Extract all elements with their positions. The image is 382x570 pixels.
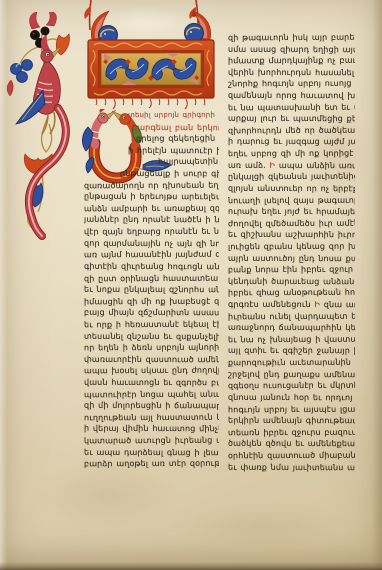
text-run: նուաղի լսելով զայս թագաւորն — [228, 195, 355, 205]
text-run: պատուիրէր նոցա պահել անարատս — [84, 389, 219, 399]
text-run: արքայ լուր եւ պատմեցից քեզ — [228, 114, 355, 123]
text-run: եւ նոքա ընկալեալ զշնորհս անձին — [84, 285, 219, 294]
manuscript-page: տեսիլ սրբոյն գրիգորիկարգեալ բան երկուգրե… — [0, 0, 382, 570]
text-run: բայց միայն զճշմարիտն ասասցեն — [84, 308, 219, 317]
text-run: իւրեանս ունել վարդապետ եւ — [228, 311, 355, 321]
text-run: կատարած աւուրցն իւրեանց ամէն — [84, 436, 219, 446]
text-run: գիտէին զիւրեանց հոգւոցն անտի — [84, 262, 219, 271]
rubric-text-run: տեսիլ սրբոյն գրիգորի — [128, 111, 215, 119]
text-run: եւ նա ոչ խնայեաց ի վաստակս — [228, 335, 355, 345]
text-line: ընթացան ի երեւոյթս արեւելեայց — [84, 191, 219, 203]
text-run: զնա առ — [320, 300, 355, 309]
text-line: կենդանի ծարաւեաց անձանց եւ — [228, 276, 355, 288]
text-line: առ այնմ հասանէին յայնժամ զնա — [84, 249, 219, 261]
text-line: ընթացեալք ի սուրբ գիրս — [84, 168, 219, 180]
text-line: շնորհք հոգւոյն սրբոյ ուսոյց — [228, 78, 355, 90]
text-line: ապա խօսել սկսաւ ընդ ժողովրդին — [84, 365, 219, 377]
text-line: այլ զտիւ եւ զգիշեր ջանայր ի — [228, 345, 355, 357]
text-run: լուիցեն զբանս կենաց զոր խօսի — [228, 242, 355, 252]
text-line: այրն աստուծոյ ընդ նոսա քանզի — [228, 252, 355, 264]
text-run: այրն աստուծոյ ընդ նոսա քանզի — [228, 253, 355, 262]
text-run: զի ըստ օրինացն հաստատեալ կայր — [84, 273, 219, 283]
text-line: զառածարողն որ դխոսեան եղբարցն — [84, 179, 219, 191]
text-run: բարձր աղօթել առ տէր զօրութեանց — [84, 459, 219, 469]
text-line: օրհնէին զաստուած միաբան ամէն — [228, 450, 355, 462]
text-run: առաջնորդ ճանապարհին կենաց — [228, 323, 355, 332]
text-line: տեսանել զնշանս եւ զսքանչելիս — [84, 330, 219, 342]
text-run: կենդանի ծարաւեաց անձանց եւ — [228, 277, 355, 286]
text-line: զամենայն որոց հաւատով խնդրեն — [228, 90, 355, 102]
corner-finial-right — [185, 11, 211, 43]
text-line: կատարած աւուրցն իւրեանց ամէն — [84, 435, 219, 447]
text-line: բարձր աղօթել առ տէր զօրութեանց — [84, 458, 219, 470]
text-run: առ այնմ հասանէին յայնժամ զնա — [84, 250, 219, 260]
text-line: վասն հաւատոցն եւ զգործս բարիս — [84, 377, 219, 389]
text-line: որ եղեն ի ձեռն սրբոյն այնորիկ — [84, 342, 219, 354]
text-run: գրելոց զեկեղեցին — [136, 134, 215, 143]
text-run: եւ նա պատասխանի ետ եւ ասէ ով — [228, 102, 355, 112]
text-run: հայրապետին — [158, 157, 218, 166]
text-run: ի հրելէյն պատուէր ի — [128, 146, 219, 155]
text-run: օրհնէին զաստուած միաբան ամէն — [228, 451, 355, 461]
text-run: այլ զտիւ եւ զգիշեր ջանայր ի — [228, 346, 355, 355]
text-line: եղեւ սրբոց զի մի ոք կորիցէ — [228, 148, 355, 160]
text-run: զգեօղս ուսուցանէր եւ մկրտէր — [228, 381, 355, 391]
flower-cluster-left — [7, 60, 32, 97]
tulip-flower — [56, 34, 69, 55]
text-run: զի մի մոլորեսցին ի ճանապարհէն — [84, 401, 219, 410]
text-line: առաջնորդ ճանապարհին կենաց — [228, 322, 355, 334]
text-run: զառածարողն որ դխոսեան եղբարցն — [84, 180, 219, 190]
text-run: իմաստք մարդկայինք ոչ բաւեն ի — [228, 56, 355, 66]
text-line: եւ փառք նմա յաւիտեանս ամէն։ — [228, 461, 355, 473]
text-line: ժողովել զմեծամեծս իւր ամէն — [228, 217, 355, 229]
text-line: եւ զիշխանս աշխարհին իւրոյ զի — [228, 229, 355, 241]
text-run: ապա խօսել սկսաւ ընդ ժողովրդին — [84, 366, 219, 376]
text-run: զամենայն որոց հաւատով խնդրեն — [228, 91, 355, 100]
text-line: իմաստք մարդկայինք ոչ բաւեն ի — [228, 55, 355, 67]
text-column-right: զի թագաւորն իսկ այր բարեպաշտսմա ասաց զիա… — [228, 32, 355, 476]
page-edge-left — [0, 0, 7, 570]
text-run: ժողովել զմեծամեծս իւր ամէն — [228, 218, 355, 228]
text-run: ապա անձին առաջէ ի — [275, 161, 355, 170]
text-run: ընկալցի զկեանսն յաւիտենից եւ — [228, 172, 355, 182]
text-line: առ ամձ. Ի ապա անձին առաջէ ի — [228, 160, 355, 172]
text-line: իմասցին զի մի ոք խաբեսցէ զնոսա — [84, 295, 219, 307]
text-run: զոր զարմանային ոչ այն զի նոքա — [84, 238, 219, 247]
text-run: վասն հաւատոցն եւ զգործս բարիս — [84, 378, 219, 387]
text-line: շրջելով ընդ քաղաքս ամենայն — [228, 368, 355, 380]
text-run: յանձնէր ընդ որանէ նածէն ի նորա — [84, 215, 219, 224]
text-run: ուղղութեան այլ հաստատուն կացցեն — [84, 412, 219, 422]
text-line: գրելոց զեկեղեցին — [84, 133, 219, 145]
text-run: ընթացան ի երեւոյթս արեւելեայց — [84, 192, 219, 201]
text-line: ի վերայ վիմին հաւատոց մինչեւ ի — [84, 423, 219, 435]
text-line: զի թագաւորն իսկ այր բարեպաշտ — [228, 32, 355, 44]
text-line: ընկալցի զկեանսն յաւիտենից եւ — [228, 171, 355, 183]
text-run: փառաւորէին զաստուած ամենեքին — [84, 355, 219, 364]
text-line: զլոյսն անստուեր որ ոչ երբէք — [228, 183, 355, 195]
text-run: բանք նորա էին իբրեւ զջուր — [228, 265, 353, 275]
text-run: զլոյսն անստուեր որ ոչ երբէք — [228, 184, 355, 193]
text-line: քարոզութիւն աւետարանին սրբոյ — [228, 357, 355, 369]
text-run: գրգռէս ամենեցուն — [228, 300, 314, 309]
text-line: եւ ապա դարձեալ գնաց ի լեառնն ի — [84, 446, 219, 458]
text-line: ծածկեն զծովս եւ ամենեքեան — [228, 438, 355, 450]
text-line: գիտէին զիւրեանց հոգւոցն անտի — [84, 261, 219, 273]
page-edge-bottom — [0, 562, 382, 570]
text-run: եղեւ սրբոց զի մի ոք կորիցէ — [228, 149, 354, 159]
text-line: զի մի մոլորեսցին ի ճանապարհէն — [84, 400, 219, 412]
text-line: լուիցեն զբանս կենաց զոր խօսի — [228, 241, 355, 253]
text-run: ի դարուց եւ յազգաց այժմ յայտ — [228, 137, 355, 146]
text-run: իմասցին զի մի ոք խաբեսցէ զնոսա — [84, 296, 219, 306]
text-line: գրգռէս ամենեցուն Ի զնա առ — [228, 299, 355, 311]
text-line: պատուիրէր նոցա պահել անարատս — [84, 388, 219, 400]
bird-figure — [16, 35, 62, 134]
text-run: վերին խորհուրդսն հասանել այլ — [228, 68, 355, 77]
headpiece-fringe — [96, 99, 205, 109]
text-line: զոր զարմանային ոչ այն զի նոքա — [84, 237, 219, 249]
text-run: զնոսա յանուն հօր եւ որդւոյ — [228, 393, 353, 402]
text-line: յանձնէր ընդ որանէ նածէն ի նորա — [84, 214, 219, 226]
text-line: հոգւոյն սրբոյ եւ այսպէս լցաւ — [228, 403, 355, 415]
page-edge-right — [372, 0, 382, 570]
text-run: հոգւոյն սրբոյ եւ այսպէս լցաւ — [228, 404, 355, 414]
text-line: սմա ասաց զիարդ եղիցի այս զի — [228, 43, 355, 55]
text-line: եւ նա պատասխանի ետ եւ ասէ ով — [228, 101, 355, 113]
text-line: բայց միայն զճշմարիտն ասասցեն — [84, 307, 219, 319]
text-line: նուաղի լսելով զայս թագաւորն — [228, 194, 355, 206]
text-run: եւ ապա դարձեալ գնաց ի լեառնն ի — [84, 447, 219, 457]
text-line: տեսիլ սրբոյն գրիգորի — [84, 110, 219, 122]
text-run: շրջելով ընդ քաղաքս ամենայն — [228, 369, 355, 378]
text-line: եւ նոքա ընկալեալ զշնորհս անձին — [84, 284, 219, 296]
text-line: վէր զայն եղբարց որանէն եւ նոցա — [84, 226, 219, 238]
text-line: ուրախ եղեւ յոյժ եւ հրամայեաց — [228, 206, 355, 218]
text-line: բանք նորա էին իբրեւ զջուր — [228, 264, 355, 276]
text-line: տեառն իբրեւ զջուրս բազումս — [228, 426, 355, 438]
text-run: որ եղեն ի ձեռն սրբոյն այնորիկ — [84, 343, 219, 353]
text-run: եւ փառք նմա յաւիտեանս ամէն։ — [228, 462, 355, 471]
text-run: անձն ամբարի եւ առաքեալ զգելքն — [84, 203, 219, 213]
rubric-text-run: կարգեալ բան երկու — [132, 123, 219, 132]
headpiece-ornament — [82, 0, 220, 112]
text-run: սմա ասաց զիարդ եղիցի այս զի — [228, 44, 355, 53]
text-run: իբրեւ զհաց անօթութեան հոգւոց — [228, 288, 355, 298]
text-line: արքայ լուր եւ պատմեցից քեզ — [228, 113, 355, 125]
text-run: եւ որք ի հեռաստանէ եկեալ էին — [84, 320, 219, 330]
text-run: տեսանել զնշանս եւ զսքանչելիս — [84, 331, 219, 340]
text-run: առ ամձ. — [228, 161, 270, 170]
text-line: կարգեալ բան երկու — [84, 121, 219, 133]
text-line: եւ որք ի հեռաստանէ եկեալ էին — [84, 319, 219, 331]
text-run: շնորհք հոգւոյն սրբոյ ուսոյց — [228, 79, 352, 89]
text-run: ծածկեն զծովս եւ ամենեքեան — [228, 439, 355, 448]
text-line: իբրեւ զհաց անօթութեան հոգւոց — [228, 287, 355, 299]
text-run: ի վերայ վիմին հաւատոց մինչեւ ի — [84, 424, 219, 433]
text-line: զգեօղս ուսուցանէր եւ մկրտէր — [228, 380, 355, 392]
text-run: քարոզութիւն աւետարանին սրբոյ — [228, 358, 355, 368]
text-column-left: տեսիլ սրբոյն գրիգորիկարգեալ բան երկուգրե… — [84, 110, 219, 476]
text-line: զի ըստ օրինացն հաստատեալ կայր — [84, 272, 219, 284]
text-line: իւրեանս ունել վարդապետ եւ — [228, 310, 355, 322]
text-line: ի դարուց եւ յազգաց այժմ յայտ — [228, 136, 355, 148]
parchment-stain — [170, 500, 350, 550]
text-run: ընթացեալք ի սուրբ գիրս — [120, 169, 219, 178]
text-run: զխորհուրդն մեծ որ ծածկեալ էր — [228, 126, 355, 136]
text-line: զնոսա յանուն հօր եւ որդւոյ — [228, 392, 355, 404]
text-line: երկիրն ամենայն գիտութեամբ — [228, 415, 355, 427]
text-run: երկիրն ամենայն գիտութեամբ — [228, 416, 355, 425]
text-run: զի թագաւորն իսկ այր բարեպաշտ — [228, 33, 355, 43]
text-run: վէր զայն եղբարց որանէն եւ նոցա — [84, 227, 219, 237]
text-run: եւ զիշխանս աշխարհին իւրոյ զի — [228, 230, 355, 239]
text-run: տեառն իբրեւ զջուրս բազումս — [228, 427, 355, 437]
text-line: հայրապետին — [84, 156, 219, 168]
text-run: ուրախ եղեւ յոյժ եւ հրամայեաց — [228, 207, 355, 216]
